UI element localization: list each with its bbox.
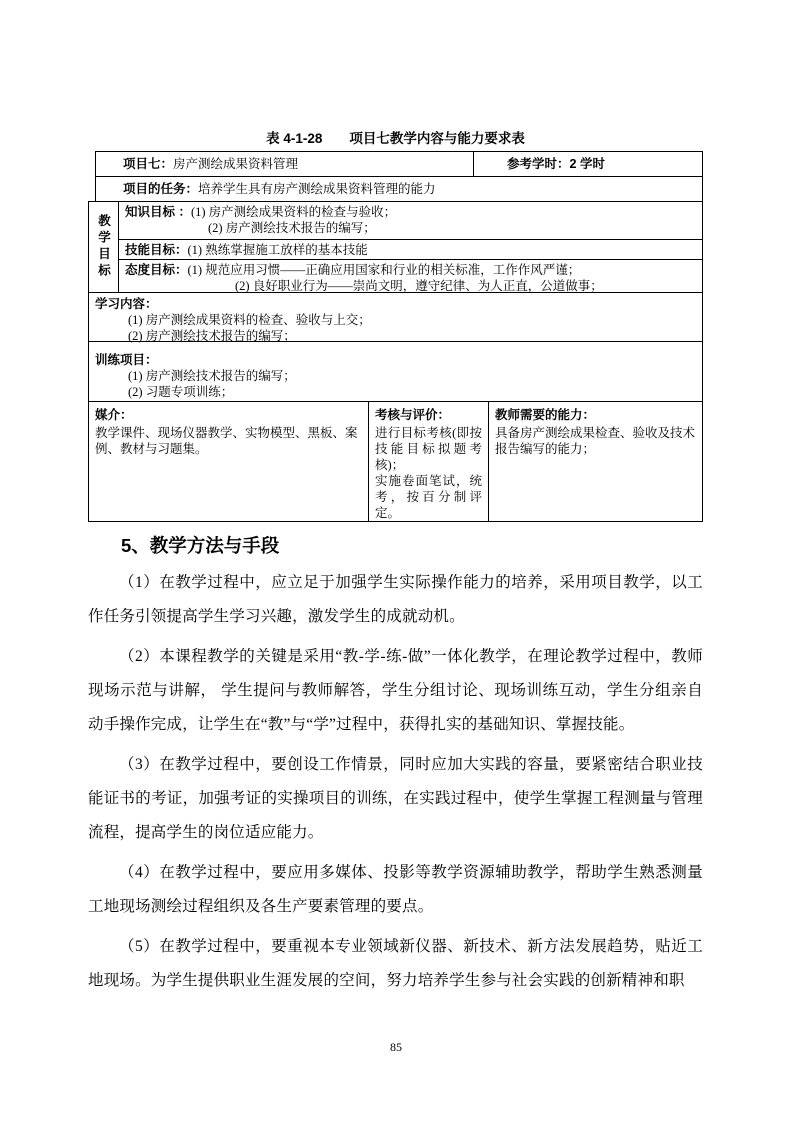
assessment-line1: 进行目标考核(即按技能目标拟题考核)； — [375, 425, 482, 473]
teacher-ability-text: 具备房产测绘成果检查、验收及技术报告编写的能力； — [495, 426, 695, 456]
assessment-label: 考核与评价： — [375, 407, 482, 423]
table-row-project: 项目七：房产测绘成果资料管理 参考学时：2 学时 — [95, 151, 703, 177]
skill-goal-row: 技能目标：(1) 熟练掌握施工放样的基本技能 — [119, 239, 702, 259]
page-number: 85 — [0, 1040, 792, 1055]
goals-side-label: 教学目标 — [96, 214, 112, 280]
task-label: 项目的任务： — [123, 182, 198, 196]
paragraph-1: （1）在教学过程中，应立足于加强学生实际操作能力的培养，采用项目教学，以工作任务… — [88, 566, 703, 634]
document-page: 表 4-1-28 项目七教学内容与能力要求表 项目七：房产测绘成果资料管理 参考… — [0, 0, 792, 1122]
attitude-goal-item2: (2) 良好职业行为——崇尚文明，遵守纪律、为人正直，公道做事； — [125, 278, 698, 294]
hours-label: 参考学时： — [507, 157, 570, 171]
project-value: 房产测绘成果资料管理 — [173, 157, 298, 171]
attitude-goal-line1: 态度目标：(1) 规范应用习惯——正确应用国家和行业的相关标准，工作作风严谨； — [125, 262, 698, 278]
hours-cell: 参考学时：2 学时 — [473, 152, 702, 176]
assessment-line2: 实施卷面笔试，统考，按百分制评定。 — [375, 473, 482, 521]
table-row-learning: 学习内容： (1) 房产测绘成果资料的检查、验收与上交； (2) 房产测绘技术报… — [88, 292, 703, 342]
paragraph-3: （3）在教学过程中，要创设工作情景，同时应加大实践的容量，要紧密结合职业技能证书… — [88, 748, 703, 850]
section-heading: 5、教学方法与手段 — [88, 534, 703, 558]
attitude-goal-label: 态度目标： — [125, 263, 188, 277]
learning-label: 学习内容： — [95, 296, 698, 312]
table-caption: 表 4-1-28 项目七教学内容与能力要求表 — [88, 131, 703, 147]
teacher-ability-cell: 教师需要的能力： 具备房产测绘成果检查、验收及技术报告编写的能力； — [488, 402, 702, 521]
paragraph-2: （2）本课程教学的关键是采用“教-学-练-做”一体化教学，在理论教学过程中，教师… — [88, 640, 703, 742]
knowledge-goal-item2: (2) 房产测绘技术报告的编写； — [125, 220, 698, 236]
learning-item-1: (1) 房产测绘成果资料的检查、验收与上交； — [95, 312, 698, 328]
knowledge-goal-label: 知识目标 ： — [125, 205, 191, 219]
media-cell: 媒介： 教学课件、现场仪器教学、实物模型、黑板、案例、教材与习题集。 — [89, 402, 368, 521]
knowledge-goal-item1: (1) 房产测绘成果资料的检查与验收； — [191, 205, 396, 219]
training-item-2: (2) 习题专项训练； — [95, 384, 698, 400]
training-item-1: (1) 房产测绘技术报告的编写； — [95, 368, 698, 384]
table-row-bottom: 媒介： 教学课件、现场仪器教学、实物模型、黑板、案例、教材与习题集。 考核与评价… — [88, 401, 703, 522]
project-label: 项目七： — [123, 157, 173, 171]
paragraph-5: （5）在教学过程中，要重视本专业领域新仪器、新技术、新方法发展趋势，贴近工地现场… — [88, 930, 703, 998]
knowledge-goal-row: 知识目标 ：(1) 房产测绘成果资料的检查与验收； (2) 房产测绘技术报告的编… — [119, 202, 702, 239]
goals-side-cell: 教学目标 — [89, 202, 119, 292]
hours-value: 2 学时 — [570, 157, 605, 171]
knowledge-goal-line1: 知识目标 ：(1) 房产测绘成果资料的检查与验收； — [125, 204, 698, 220]
goals-subrows: 知识目标 ：(1) 房产测绘成果资料的检查与验收； (2) 房产测绘技术报告的编… — [119, 202, 702, 292]
skill-goal-label: 技能目标： — [125, 243, 188, 257]
project-cell: 项目七：房产测绘成果资料管理 — [96, 152, 473, 176]
task-value: 培养学生具有房产测绘成果资料管理的能力 — [198, 182, 436, 196]
table-row-task: 项目的任务：培养学生具有房产测绘成果资料管理的能力 — [95, 176, 703, 202]
paragraph-4: （4）在教学过程中，要应用多媒体、投影等教学资源辅助教学，帮助学生熟悉测量工地现… — [88, 856, 703, 924]
media-label: 媒介： — [95, 407, 362, 423]
training-label: 训练项目： — [95, 352, 698, 368]
table-row-goals: 教学目标 知识目标 ：(1) 房产测绘成果资料的检查与验收； (2) 房产测绘技… — [88, 201, 703, 293]
assessment-cell: 考核与评价： 进行目标考核(即按技能目标拟题考核)； 实施卷面笔试，统考，按百分… — [368, 402, 488, 521]
attitude-goal-row: 态度目标：(1) 规范应用习惯——正确应用国家和行业的相关标准，工作作风严谨； … — [119, 259, 702, 292]
media-text: 教学课件、现场仪器教学、实物模型、黑板、案例、教材与习题集。 — [95, 426, 358, 456]
skill-goal-item1: (1) 熟练掌握施工放样的基本技能 — [188, 243, 368, 257]
attitude-goal-item1: (1) 规范应用习惯——正确应用国家和行业的相关标准，工作作风严谨； — [188, 263, 581, 277]
teacher-ability-label: 教师需要的能力： — [495, 407, 696, 423]
table-row-training: 训练项目： (1) 房产测绘技术报告的编写； (2) 习题专项训练； — [88, 341, 703, 402]
requirements-table: 项目七：房产测绘成果资料管理 参考学时：2 学时 项目的任务：培养学生具有房产测… — [88, 151, 703, 522]
content-area: 表 4-1-28 项目七教学内容与能力要求表 项目七：房产测绘成果资料管理 参考… — [88, 131, 703, 1004]
